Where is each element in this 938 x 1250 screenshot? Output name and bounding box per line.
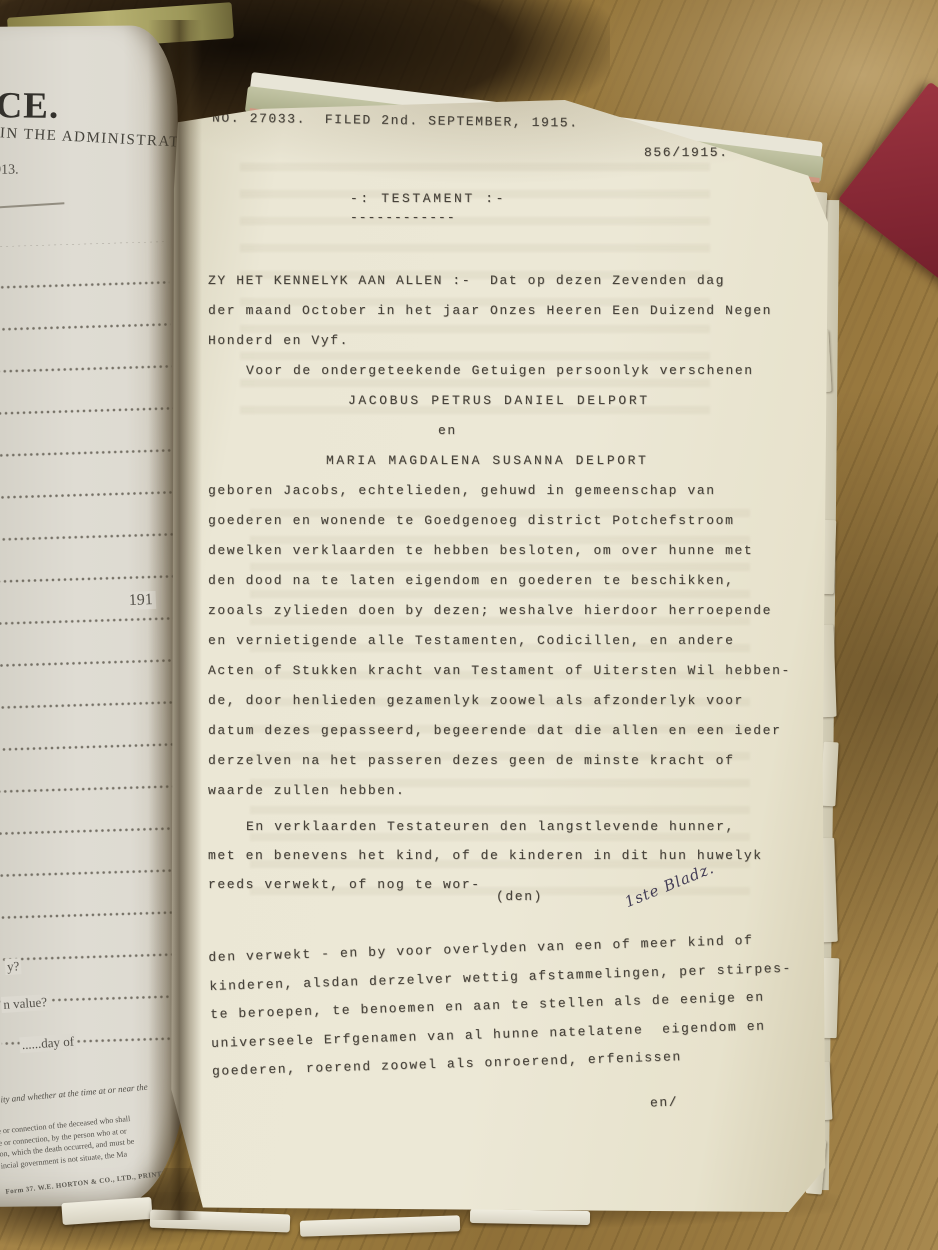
form-field-label: y? [5,958,22,975]
form-page-number: 191 [125,591,156,610]
typed-line: Honderd en Vyf. [208,326,816,356]
typed-line: zooals zylieden doen by dezen; weshalve … [208,596,816,626]
red-folder-corner [838,82,938,305]
torn-edge [820,742,838,807]
typed-line: Voor de ondergeteekende Getuigen persoon… [208,356,816,386]
typed-line: met en benevens het kind, of de kinderen… [208,841,816,870]
continuation-mark: en/ [649,1088,678,1119]
form-heading-fragment: IN THE ADMINISTRAT [0,125,180,151]
typed-line: Acten of Stukken kracht van Testament of… [208,656,816,686]
testator-name: MARIA MAGDALENA SUSANNA DELPORT [208,446,816,476]
typed-line: derzelven na het passeren dezes geen de … [208,746,816,776]
title-underline: ------------ [350,203,456,233]
footnote-italic: ity and whether at the time at or near t… [0,1082,148,1105]
typed-line: datum dezes gepasseerd, begeerende dat d… [208,716,816,746]
testator-name: JACOBUS PETRUS DANIEL DELPORT [208,386,816,416]
overleaf-paragraph: den verwekt - en by voor overlyden van e… [208,925,832,1087]
typed-line: ZY HET KENNELYK AAN ALLEN :- Dat op deze… [208,266,816,296]
masthead-fragment: CE. [0,84,59,128]
rule-line [0,202,64,208]
form-field-label: n value? [1,994,50,1013]
main-text-block: ZY HET KENNELYK AAN ALLEN :- Dat op deze… [208,266,816,806]
typed-testament-page: NO. 27033. FILED 2nd. SEPTEMBER, 1915. 8… [170,100,828,1212]
photo-of-archival-document: CE. IN THE ADMINISTRAT 913. 191 y? n val… [0,0,938,1250]
conjunction: en [208,416,816,446]
dotted-form-lines [0,241,187,1078]
typed-line: en vernietigende alle Testamenten, Codic… [208,626,816,656]
left-form-page: CE. IN THE ADMINISTRAT 913. 191 y? n val… [0,25,187,1207]
typed-line: waarde zullen hebben. [208,776,816,806]
typed-line: En verklaarden Testateuren den langstlev… [208,812,816,841]
typed-line: de, door henlieden gezamenlyk zoowel als… [208,686,816,716]
typed-line: geboren Jacobs, echtelieden, gehuwd in g… [208,476,816,506]
year-fragment: 913. [0,163,19,179]
typed-line: den dood na te laten eigendom en goedere… [208,566,816,596]
catchword: (den) [496,882,543,912]
crumpled-paper [470,1209,590,1225]
typed-line: dewelken verklaarden te hebben besloten,… [208,536,816,566]
footnote-block: e or connection of the deceased who shal… [0,1106,187,1171]
typed-line: goederen en wonende te Goedgenoeg distri… [208,506,816,536]
typed-line: der maand October in het jaar Onzes Heer… [208,296,816,326]
